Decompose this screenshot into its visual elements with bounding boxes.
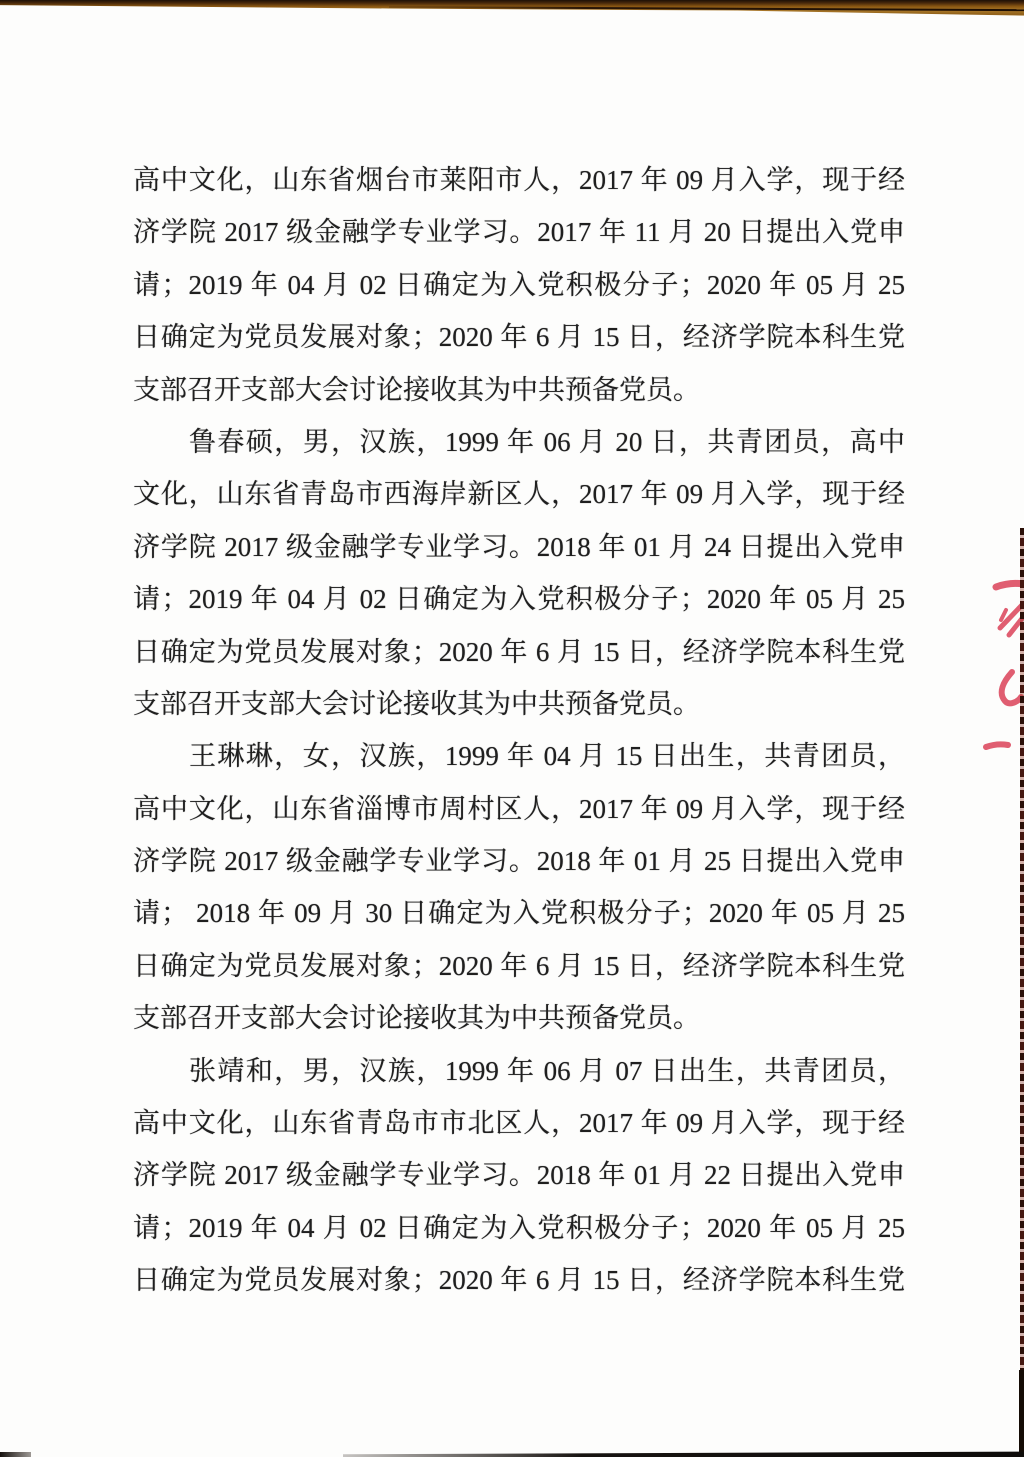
text-line: 支部召开支部大会讨论接收其为中共预备党员。: [133, 678, 905, 730]
text-line: 日确定为党员发展对象；2020 年 6 月 15 日，经济学院本科生党: [133, 311, 905, 363]
text-line: 支部召开支部大会讨论接收其为中共预备党员。: [133, 992, 905, 1044]
scanned-document-page: { "document": { "paragraphs": [ { "lines…: [0, 0, 1024, 1457]
text-line: 支部召开支部大会讨论接收其为中共预备党员。: [133, 364, 905, 416]
red-ink-marks: [960, 555, 1024, 765]
paragraph: 高中文化，山东省烟台市莱阳市人，2017 年 09 月入学，现于经 济学院 20…: [133, 154, 905, 416]
text-line: 请；2019 年 04 月 02 日确定为入党积极分子；2020 年 05 月 …: [133, 1202, 905, 1254]
text-line: 日确定为党员发展对象；2020 年 6 月 15 日，经济学院本科生党: [133, 940, 905, 992]
paragraph: 王琳琳，女，汉族，1999 年 04 月 15 日出生，共青团员， 高中文化，山…: [133, 730, 905, 1044]
scan-right-edge-dashed: [1020, 528, 1024, 1373]
text-line: 请； 2018 年 09 月 30 日确定为入党积极分子；2020 年 05 月…: [133, 887, 905, 939]
text-line: 王琳琳，女，汉族，1999 年 04 月 15 日出生，共青团员，: [133, 730, 905, 782]
text-line: 济学院 2017 级金融学专业学习。2017 年 11 月 20 日提出入党申: [133, 206, 905, 258]
scan-bottom-edge-left: [0, 1452, 31, 1457]
scan-top-edge-grain: [389, 6, 1024, 11]
scan-top-edge: [0, 0, 1024, 17]
text-line: 张靖和，男，汉族，1999 年 06 月 07 日出生，共青团员，: [133, 1045, 905, 1097]
text-line: 高中文化，山东省烟台市莱阳市人，2017 年 09 月入学，现于经: [133, 154, 905, 206]
text-line: 济学院 2017 级金融学专业学习。2018 年 01 月 22 日提出入党申: [133, 1149, 905, 1201]
text-line: 济学院 2017 级金融学专业学习。2018 年 01 月 24 日提出入党申: [133, 521, 905, 573]
text-line: 高中文化，山东省青岛市市北区人，2017 年 09 月入学，现于经: [133, 1097, 905, 1149]
paragraph: 张靖和，男，汉族，1999 年 06 月 07 日出生，共青团员， 高中文化，山…: [133, 1045, 905, 1307]
document-body: 高中文化，山东省烟台市莱阳市人，2017 年 09 月入学，现于经 济学院 20…: [133, 154, 905, 1307]
text-line: 请；2019 年 04 月 02 日确定为入党积极分子；2020 年 05 月 …: [133, 573, 905, 625]
paragraph: 鲁春硕，男，汉族，1999 年 06 月 20 日，共青团员，高中 文化，山东省…: [133, 416, 905, 730]
text-line: 高中文化，山东省淄博市周村区人，2017 年 09 月入学，现于经: [133, 783, 905, 835]
scan-bottom-edge-right: [343, 1451, 1024, 1457]
text-line: 日确定为党员发展对象；2020 年 6 月 15 日，经济学院本科生党: [133, 626, 905, 678]
text-line: 请；2019 年 04 月 02 日确定为入党积极分子；2020 年 05 月 …: [133, 259, 905, 311]
text-line: 济学院 2017 级金融学专业学习。2018 年 01 月 25 日提出入党申: [133, 835, 905, 887]
text-line: 文化，山东省青岛市西海岸新区人，2017 年 09 月入学，现于经: [133, 468, 905, 520]
text-line: 鲁春硕，男，汉族，1999 年 06 月 20 日，共青团员，高中: [133, 416, 905, 468]
text-line: 日确定为党员发展对象；2020 年 6 月 15 日，经济学院本科生党: [133, 1254, 905, 1306]
scan-right-edge-solid: [1019, 1370, 1024, 1457]
